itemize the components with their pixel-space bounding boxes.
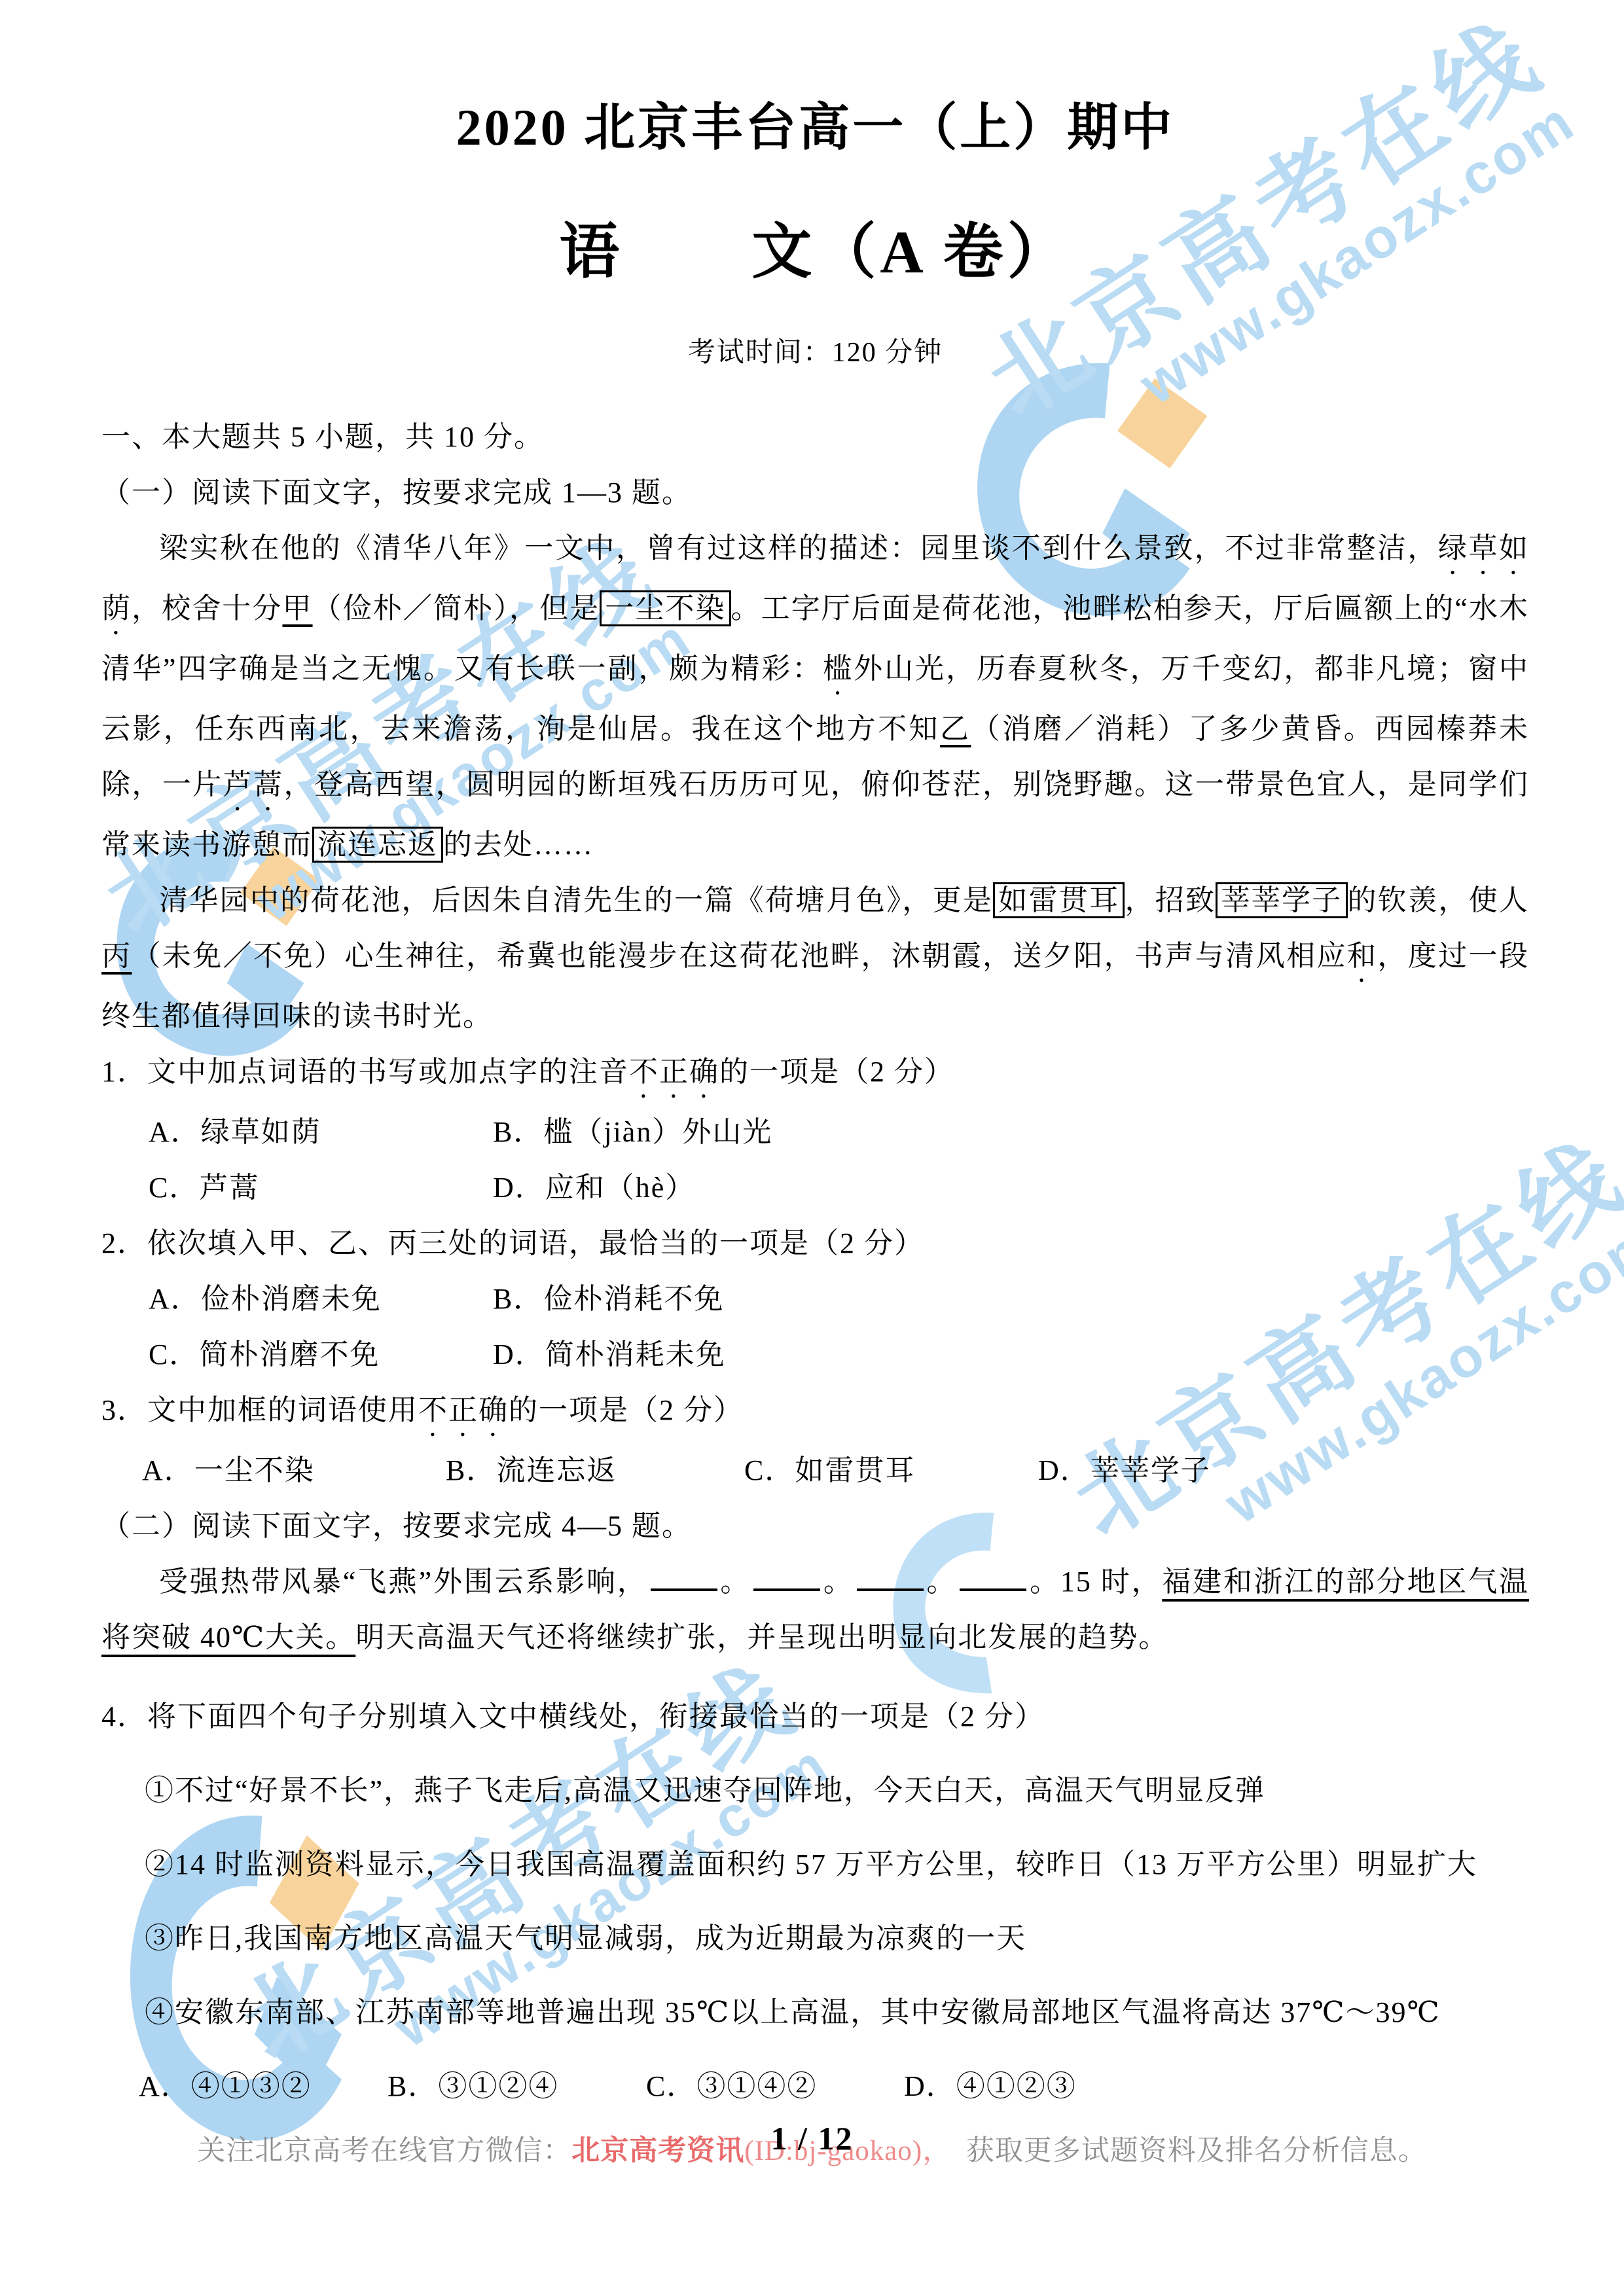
question-1-stem: 1．文中加点词语的书写或加点字的注音不正确的一项是（2 分） — [101, 1044, 1529, 1104]
option-c: C．如雷贯耳 — [744, 1443, 1038, 1498]
question-4-item-4: ④安徽东南部、江苏南部等地普遍出现 35℃以上高温，其中安徽局部地区气温将高达 … — [145, 1984, 1529, 2040]
question-1-options-row2: C．芦蒿D．应和（hè） — [101, 1160, 1529, 1215]
question-3-options: A．一尘不染B．流连忘返C．如雷贯耳D．莘莘学子 — [101, 1443, 1529, 1498]
exam-time: 考试时间：120 分钟 — [101, 335, 1529, 371]
option-d: D．简朴消耗未免 — [493, 1338, 726, 1371]
exam-subject: 语 文（A 卷） — [101, 216, 1529, 288]
exam-content: 2020 北京丰台高一（上）期中 语 文（A 卷） 考试时间：120 分钟 一、… — [101, 0, 1529, 2114]
question-2-options-row1: A．俭朴消磨未免B．俭朴消耗不免 — [101, 1271, 1529, 1327]
option-c: C．芦蒿 — [149, 1160, 493, 1215]
question-2-stem: 2．依次填入甲、乙、丙三处的词语，最恰当的一项是（2 分） — [101, 1215, 1529, 1271]
passage1-paragraph1: 梁实秋在他的《清华八年》一文中，曾有过这样的描述：园里谈不到什么景致，不过非常整… — [101, 520, 1529, 872]
question-4-stem: 4．将下面四个句子分别填入文中横线处，衔接最恰当的一项是（2 分） — [101, 1689, 1529, 1744]
option-b: B．槛（jiàn）外山光 — [493, 1116, 772, 1148]
option-d: D．莘莘学子 — [1038, 1454, 1211, 1486]
question-2-options-row2: C．简朴消磨不免D．简朴消耗未免 — [101, 1327, 1529, 1382]
option-a: A．俭朴消磨未免 — [149, 1271, 493, 1327]
question-4-item-1: ①不过“好景不长”，燕子飞走后,高温又迅速夺回阵地，今天白天，高温天气明显反弹 — [145, 1763, 1529, 1818]
option-a: A．绿草如荫 — [149, 1104, 493, 1160]
question-4-options: A．④①③②B．③①②④C．③①④②D．④①②③ — [101, 2058, 1529, 2114]
option-a: A．④①③② — [139, 2058, 388, 2114]
option-d: D．④①②③ — [904, 2070, 1077, 2102]
option-a: A．一尘不染 — [142, 1443, 446, 1498]
section1-heading: 一、本大题共 5 小题，共 10 分。 — [101, 409, 1529, 465]
section2-sub-heading: （二）阅读下面文字，按要求完成 4—5 题。 — [101, 1498, 1529, 1554]
page-number: 1 / 12 — [0, 2119, 1624, 2157]
question-3-stem: 3．文中加框的词语使用不正确的一项是（2 分） — [101, 1382, 1529, 1443]
section1-sub-heading: （一）阅读下面文字，按要求完成 1—3 题。 — [101, 465, 1529, 520]
option-b: B．③①②④ — [388, 2058, 646, 2114]
option-c: C．简朴消磨不免 — [149, 1327, 493, 1382]
option-b: B．俭朴消耗不免 — [493, 1283, 724, 1315]
question-1-options-row1: A．绿草如荫B．槛（jiàn）外山光 — [101, 1104, 1529, 1160]
option-c: C．③①④② — [646, 2058, 904, 2114]
passage2-paragraph: 受强热带风暴“飞燕”外围云系影响，。。。。15 时，福建和浙江的部分地区气温将突… — [101, 1554, 1529, 1665]
question-4-item-3: ③昨日,我国南方地区高温天气明显减弱，成为近期最为凉爽的一天 — [145, 1910, 1529, 1966]
exam-title: 2020 北京丰台高一（上）期中 — [101, 97, 1529, 158]
option-d: D．应和（hè） — [493, 1172, 695, 1204]
question-4-item-2: ②14 时监测资料显示，今日我国高温覆盖面积约 57 万平方公里，较昨日（13 … — [145, 1837, 1529, 1892]
option-b: B．流连忘返 — [446, 1443, 744, 1498]
passage1-paragraph2: 清华园中的荷花池，后因朱自清先生的一篇《荷塘月色》，更是如雷贯耳，招致莘莘学子的… — [101, 872, 1529, 1044]
exam-paper-page: 北京高考在线 www.gkaozx.com 北京高考在线 www.gkaozx.… — [0, 0, 1624, 2296]
